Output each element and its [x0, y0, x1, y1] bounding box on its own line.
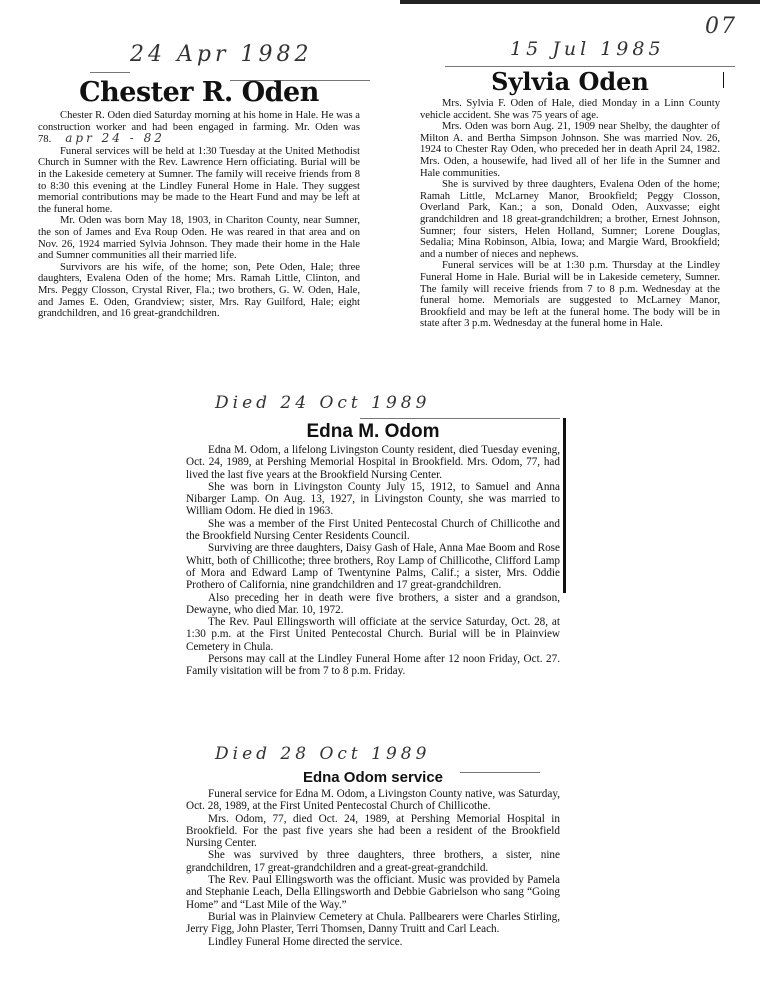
paragraph: Chester R. Oden died Saturday morning at…: [38, 110, 360, 146]
scanned-page: 07 24 Apr 1982 Chester R. Oden Chester R…: [0, 0, 760, 985]
handwritten-annotation: apr 24 - 82: [65, 131, 165, 145]
paragraph: Mrs. Oden was born Aug. 21, 1909 near Sh…: [420, 121, 720, 179]
paragraph: Survivors are his wife, of the home; son…: [38, 262, 360, 320]
margin-mark: [723, 72, 724, 88]
paragraph: Funeral services will be at 1:30 p.m. Th…: [420, 260, 720, 330]
paragraph: Surviving are three daughters, Daisy Gas…: [186, 542, 560, 591]
obituary-title: Chester R. Oden: [38, 76, 360, 110]
obituary-title: Edna M. Odom: [186, 420, 560, 444]
top-border-line: [400, 0, 760, 4]
obituary-body: Funeral service for Edna M. Odom, a Livi…: [186, 788, 560, 948]
handwritten-date: Died 28 Oct 1989: [215, 744, 430, 764]
paragraph: Funeral services will be held at 1:30 Tu…: [38, 146, 360, 216]
paragraph: The Rev. Paul Ellingsworth was the offic…: [186, 874, 560, 911]
obituary-body: Chester R. Oden died Saturday morning at…: [38, 110, 360, 320]
paragraph: Lindley Funeral Home directed the servic…: [186, 936, 560, 948]
obituary-chester-oden: Chester R. Oden Chester R. Oden died Sat…: [38, 76, 360, 320]
obituary-body: Edna M. Odom, a lifelong Livingston Coun…: [186, 444, 560, 678]
paragraph: Also preceding her in death were five br…: [186, 592, 560, 617]
paragraph: Funeral service for Edna M. Odom, a Livi…: [186, 788, 560, 813]
page-number: 07: [705, 14, 737, 39]
paragraph: Persons may call at the Lindley Funeral …: [186, 653, 560, 678]
obituary-sylvia-oden: Sylvia Oden Mrs. Sylvia F. Oden of Hale,…: [420, 66, 720, 330]
paragraph: She was born in Livingston County July 1…: [186, 481, 560, 518]
paragraph: She is survived by three daughters, Eval…: [420, 179, 720, 260]
paragraph: The Rev. Paul Ellingsworth will officiat…: [186, 616, 560, 653]
obituary-edna-odom-service: Edna Odom service Funeral service for Ed…: [186, 768, 560, 948]
obituary-title: Edna Odom service: [186, 768, 560, 788]
clipping-edge-line: [563, 418, 566, 593]
paragraph: She was a member of the First United Pen…: [186, 518, 560, 543]
obituary-edna-odom: Edna M. Odom Edna M. Odom, a lifelong Li…: [186, 420, 560, 678]
divider: [360, 418, 560, 419]
obituary-title: Sylvia Oden: [420, 66, 720, 98]
paragraph: Mrs. Sylvia F. Oden of Hale, died Monday…: [420, 98, 720, 121]
divider: [90, 72, 130, 73]
handwritten-date: 24 Apr 1982: [130, 42, 312, 67]
obituary-body: Mrs. Sylvia F. Oden of Hale, died Monday…: [420, 98, 720, 330]
paragraph: Mr. Oden was born May 18, 1903, in Chari…: [38, 215, 360, 261]
paragraph: She was survived by three daughters, thr…: [186, 849, 560, 874]
paragraph: Mrs. Odom, 77, died Oct. 24, 1989, at Pe…: [186, 813, 560, 850]
paragraph: Edna M. Odom, a lifelong Livingston Coun…: [186, 444, 560, 481]
handwritten-date: 15 Jul 1985: [510, 38, 665, 60]
paragraph: Burial was in Plainview Cemetery at Chul…: [186, 911, 560, 936]
handwritten-date: Died 24 Oct 1989: [215, 393, 430, 413]
